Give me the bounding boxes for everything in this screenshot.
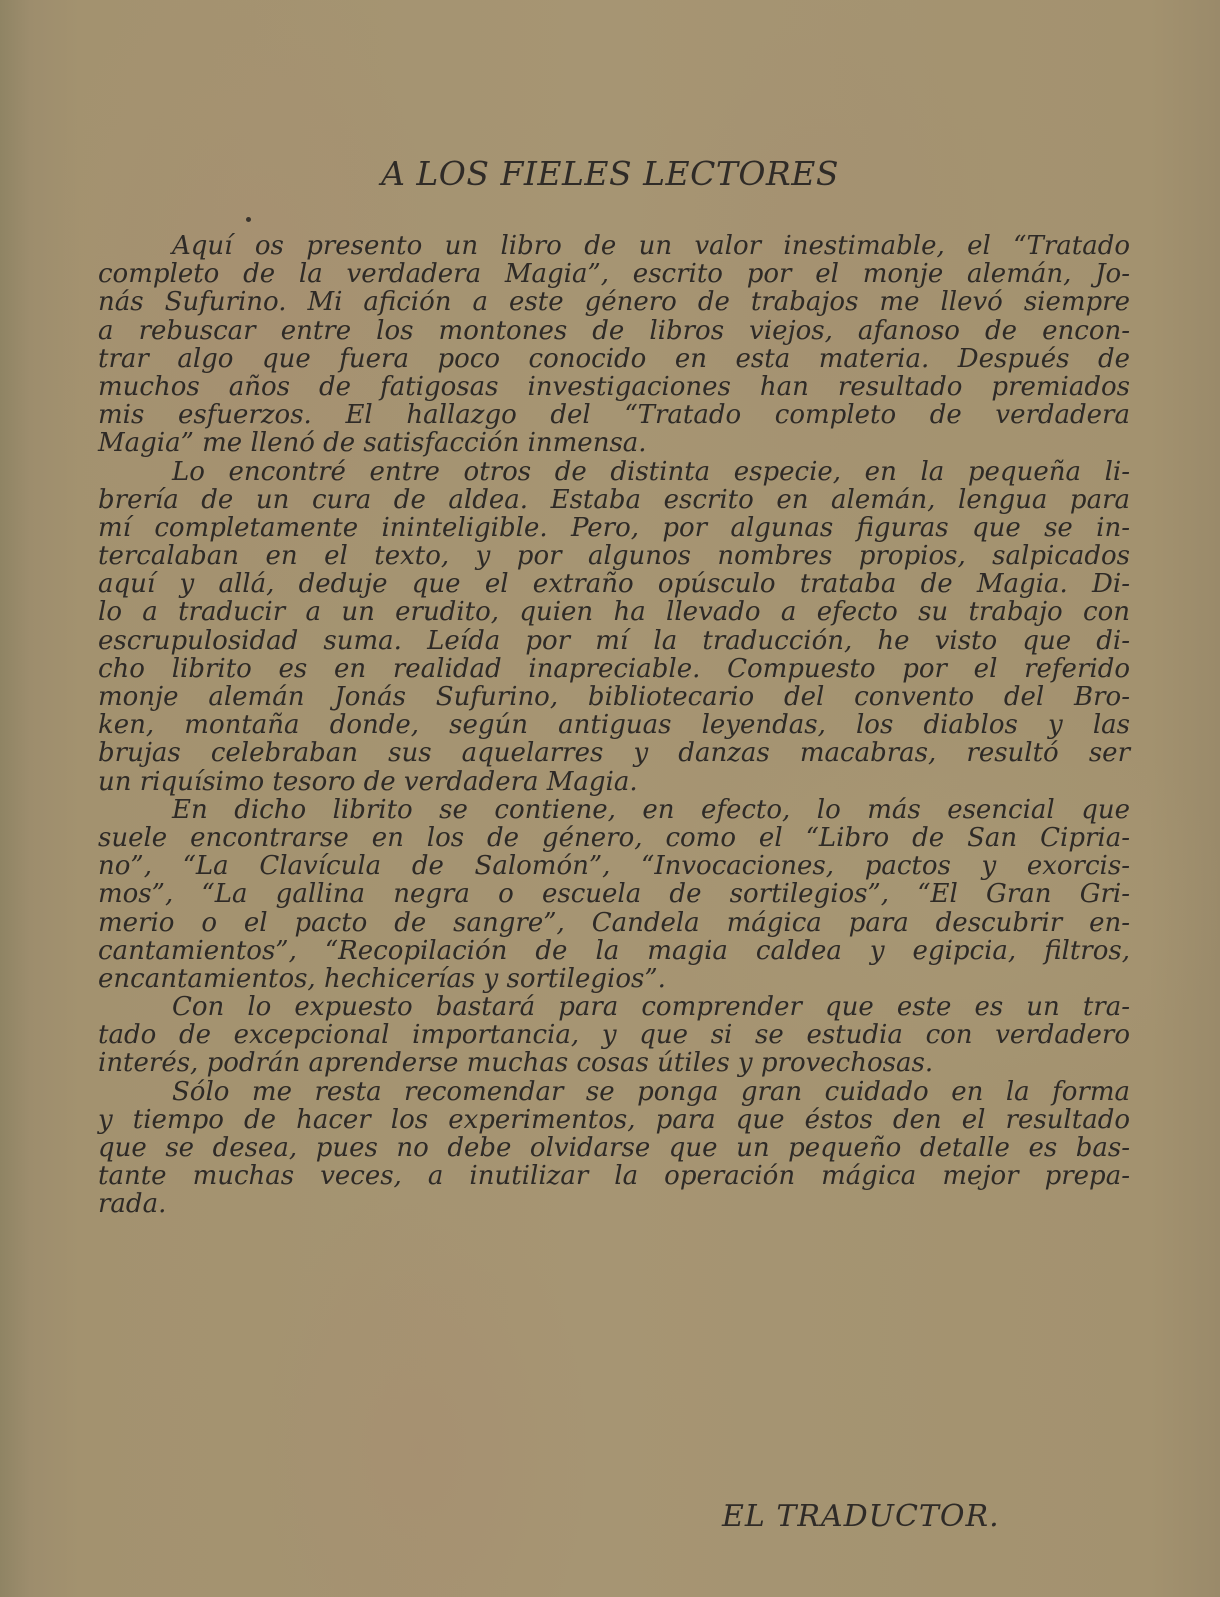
text-line: y tiempo de hacer los experimentos, para… bbox=[98, 1106, 1130, 1134]
paragraph-1: Aquí os presento un libro de un valor in… bbox=[98, 232, 1130, 458]
text-line: brería de un cura de aldea. Estaba escri… bbox=[98, 486, 1130, 514]
text-line: tercalaban en el texto, y por algunos no… bbox=[98, 542, 1130, 570]
text-line: muchos años de fatigosas investigaciones… bbox=[98, 373, 1130, 401]
text-line: monje alemán Jonás Sufurino, bibliotecar… bbox=[98, 683, 1130, 711]
paragraph-4: Con lo expuesto bastará para comprender … bbox=[98, 993, 1130, 1078]
text-line: que se desea, pues no debe olvidarse que… bbox=[98, 1134, 1130, 1162]
text-line: tante muchas veces, a inutilizar la oper… bbox=[98, 1162, 1130, 1190]
text-line: Aquí os presento un libro de un valor in… bbox=[98, 232, 1130, 260]
text-line: tado de excepcional importancia, y que s… bbox=[98, 1021, 1130, 1049]
text-line: a rebuscar entre los montones de libros … bbox=[98, 317, 1130, 345]
text-line: completo de la verdadera Magia”, escrito… bbox=[98, 260, 1130, 288]
text-line: nás Sufurino. Mi afición a este género d… bbox=[98, 288, 1130, 316]
text-line: mí completamente ininteligible. Pero, po… bbox=[98, 514, 1130, 542]
signature: EL TRADUCTOR. bbox=[722, 1499, 1000, 1534]
text-line: Lo encontré entre otros de distinta espe… bbox=[98, 458, 1130, 486]
page-title: A LOS FIELES LECTORES bbox=[0, 154, 1220, 193]
text-line: Sólo me resta recomendar se ponga gran c… bbox=[98, 1078, 1130, 1106]
text-line: encantamientos, hechicerías y sortilegio… bbox=[98, 965, 1130, 993]
body-text: Aquí os presento un libro de un valor in… bbox=[98, 232, 1130, 1219]
paragraph-3: En dicho librito se contiene, en efecto,… bbox=[98, 796, 1130, 993]
text-line: merio o el pacto de sangre”, Candela mág… bbox=[98, 909, 1130, 937]
text-line: En dicho librito se contiene, en efecto,… bbox=[98, 796, 1130, 824]
text-line: lo a traducir a un erudito, quien ha lle… bbox=[98, 598, 1130, 626]
paragraph-2: Lo encontré entre otros de distinta espe… bbox=[98, 458, 1130, 796]
text-line: un riquísimo tesoro de verdadera Magia. bbox=[98, 768, 1130, 796]
text-line: mos”, “La gallina negra o escuela de sor… bbox=[98, 880, 1130, 908]
text-line: rada. bbox=[98, 1190, 1130, 1218]
paragraph-5: Sólo me resta recomendar se ponga gran c… bbox=[98, 1078, 1130, 1219]
text-line: ken, montaña donde, según antiguas leyen… bbox=[98, 711, 1130, 739]
text-line: cantamientos”, “Recopilación de la magia… bbox=[98, 937, 1130, 965]
text-line: suele encontrarse en los de género, como… bbox=[98, 824, 1130, 852]
text-line: trar algo que fuera poco conocido en est… bbox=[98, 345, 1130, 373]
text-line: mis esfuerzos. El hallazgo del “Tratado … bbox=[98, 401, 1130, 429]
text-line: Con lo expuesto bastará para comprender … bbox=[98, 993, 1130, 1021]
text-line: brujas celebraban sus aquelarres y danza… bbox=[98, 739, 1130, 767]
book-page: A LOS FIELES LECTORES Aquí os presento u… bbox=[0, 0, 1220, 1597]
text-line: Magia” me llenó de satisfacción inmensa. bbox=[98, 429, 1130, 457]
text-line: no”, “La Clavícula de Salomón”, “Invocac… bbox=[98, 852, 1130, 880]
text-line: aquí y allá, deduje que el extraño opúsc… bbox=[98, 570, 1130, 598]
text-line: escrupulosidad suma. Leída por mí la tra… bbox=[98, 627, 1130, 655]
print-speck bbox=[246, 217, 251, 222]
text-line: cho librito es en realidad inapreciable.… bbox=[98, 655, 1130, 683]
text-line: interés, podrán aprenderse muchas cosas … bbox=[98, 1049, 1130, 1077]
